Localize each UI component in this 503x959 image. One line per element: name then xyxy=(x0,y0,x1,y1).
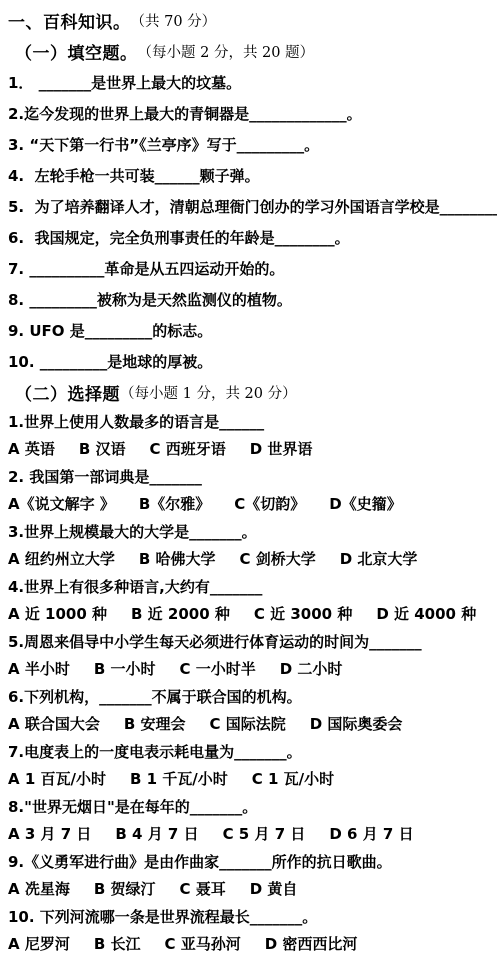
option-item: C 剑桥大学 xyxy=(240,548,316,569)
option-item: A 3 月 7 日 xyxy=(8,823,91,844)
question-line: 3. “天下第一行书”《兰亭序》写于_________。 xyxy=(8,129,497,160)
question-line: 2.迄今发现的世界上最大的青铜器是_____________。 xyxy=(8,98,497,129)
question-line: 6. 我国规定，完全负刑事责任的年龄是________。 xyxy=(8,222,497,253)
page-title-note: （共 70 分） xyxy=(131,10,217,31)
option-item: C 5 月 7 日 xyxy=(223,823,306,844)
option-item: D 近 4000 种 xyxy=(376,603,476,624)
option-item: A 纽约州立大学 xyxy=(8,548,115,569)
option-item: B 近 2000 种 xyxy=(131,603,230,624)
exam-page: 一、百科知识。 （共 70 分） （一）填空题。（每小题 2 分，共 20 题）… xyxy=(0,0,503,959)
options-line: A 近 1000 种B 近 2000 种C 近 3000 种D 近 4000 种 xyxy=(8,599,497,628)
section-heading-label: （一）填空题。 xyxy=(15,39,138,64)
question-line: 4. 左轮手枪一共可装______颗子弹。 xyxy=(8,160,497,191)
options-line: A《说文解字 》B《尔雅》C《切韵》D《史籀》 xyxy=(8,489,497,518)
option-item: B 长江 xyxy=(94,933,141,954)
option-item: B 汉语 xyxy=(79,438,126,459)
option-item: A 半小时 xyxy=(8,658,70,679)
option-item: C《切韵》 xyxy=(234,493,305,514)
option-item: D 国际奥委会 xyxy=(310,713,403,734)
option-item: D 世界语 xyxy=(250,438,313,459)
section-heading: （一）填空题。（每小题 2 分，共 20 题） xyxy=(8,36,497,67)
option-item: B《尔雅》 xyxy=(139,493,210,514)
option-item: D《史籀》 xyxy=(329,493,401,514)
option-item: C 近 3000 种 xyxy=(254,603,352,624)
question-line: 1． _______是世界上最大的坟墓。 xyxy=(8,67,497,98)
option-item: B 一小时 xyxy=(94,658,156,679)
section-heading: （二）选择题（每小题 1 分，共 20 分） xyxy=(8,377,497,408)
option-item: A《说文解字 》 xyxy=(8,493,115,514)
option-item: A 尼罗河 xyxy=(8,933,70,954)
page-title-main: 一、百科知识。 xyxy=(8,8,131,33)
question-line: 9. UFO 是_________的标志。 xyxy=(8,315,497,346)
option-item: C 一小时半 xyxy=(180,658,256,679)
question-line: 8. _________被称为是天然监测仪的植物。 xyxy=(8,284,497,315)
question-line: 4.世界上有很多种语言,大约有_______ xyxy=(8,573,497,599)
option-item: C 聂耳 xyxy=(180,878,226,899)
question-line: 5. 为了培养翻译人才，清朝总理衙门创办的学习外国语言学校是________。 xyxy=(8,191,497,222)
options-line: A 纽约州立大学B 哈佛大学C 剑桥大学D 北京大学 xyxy=(8,544,497,573)
option-item: A 联合国大会 xyxy=(8,713,100,734)
option-item: C 1 瓦/小时 xyxy=(252,768,334,789)
page-title: 一、百科知识。 （共 70 分） xyxy=(8,5,497,36)
option-item: D 黄自 xyxy=(250,878,298,899)
option-item: A 冼星海 xyxy=(8,878,70,899)
options-line: A 半小时B 一小时C 一小时半D 二小时 xyxy=(8,654,497,683)
option-item: B 哈佛大学 xyxy=(139,548,216,569)
sections: （一）填空题。（每小题 2 分，共 20 题）1． _______是世界上最大的… xyxy=(8,36,497,958)
option-item: A 英语 xyxy=(8,438,55,459)
section-choice: （二）选择题（每小题 1 分，共 20 分）1.世界上使用人数最多的语言是___… xyxy=(8,377,497,958)
option-item: C 亚马孙河 xyxy=(165,933,241,954)
option-item: D 二小时 xyxy=(280,658,343,679)
option-item: B 4 月 7 日 xyxy=(115,823,198,844)
question-line: 6.下列机构，_______不属于联合国的机构。 xyxy=(8,683,497,709)
question-line: 7.电度表上的一度电表示耗电量为_______。 xyxy=(8,738,497,764)
question-line: 5.周恩来倡导中小学生每天必须进行体育运动的时间为_______ xyxy=(8,628,497,654)
section-heading-note: （每小题 2 分，共 20 题） xyxy=(138,41,315,62)
option-item: B 1 千瓦/小时 xyxy=(130,768,228,789)
option-item: A 1 百瓦/小时 xyxy=(8,768,106,789)
option-item: D 北京大学 xyxy=(340,548,418,569)
section-fill: （一）填空题。（每小题 2 分，共 20 题）1． _______是世界上最大的… xyxy=(8,36,497,377)
options-line: A 1 百瓦/小时B 1 千瓦/小时C 1 瓦/小时 xyxy=(8,764,497,793)
question-line: 7. __________革命是从五四运动开始的。 xyxy=(8,253,497,284)
section-heading-note: （每小题 1 分，共 20 分） xyxy=(120,382,297,403)
option-item: A 近 1000 种 xyxy=(8,603,107,624)
question-line: 9.《义勇军进行曲》是由作曲家_______所作的抗日歌曲。 xyxy=(8,848,497,874)
question-line: 1.世界上使用人数最多的语言是______ xyxy=(8,408,497,434)
option-item: C 西班牙语 xyxy=(150,438,226,459)
section-heading-label: （二）选择题 xyxy=(15,380,120,405)
options-line: A 冼星海B 贺绿汀C 聂耳D 黄自 xyxy=(8,874,497,903)
options-line: A 尼罗河B 长江C 亚马孙河D 密西西比河 xyxy=(8,929,497,958)
options-line: A 3 月 7 日B 4 月 7 日C 5 月 7 日D 6 月 7 日 xyxy=(8,819,497,848)
option-item: C 国际法院 xyxy=(210,713,286,734)
options-line: A 联合国大会B 安理会C 国际法院D 国际奥委会 xyxy=(8,709,497,738)
question-line: 8."世界无烟日"是在每年的_______。 xyxy=(8,793,497,819)
question-line: 2. 我国第一部词典是_______ xyxy=(8,463,497,489)
question-line: 10. _________是地球的厚被。 xyxy=(8,346,497,377)
option-item: D 6 月 7 日 xyxy=(329,823,413,844)
question-line: 10. 下列河流哪一条是世界流程最长_______。 xyxy=(8,903,497,929)
options-line: A 英语B 汉语C 西班牙语D 世界语 xyxy=(8,434,497,463)
question-line: 3.世界上规模最大的大学是_______。 xyxy=(8,518,497,544)
option-item: B 贺绿汀 xyxy=(94,878,156,899)
option-item: B 安理会 xyxy=(124,713,186,734)
option-item: D 密西西比河 xyxy=(265,933,358,954)
